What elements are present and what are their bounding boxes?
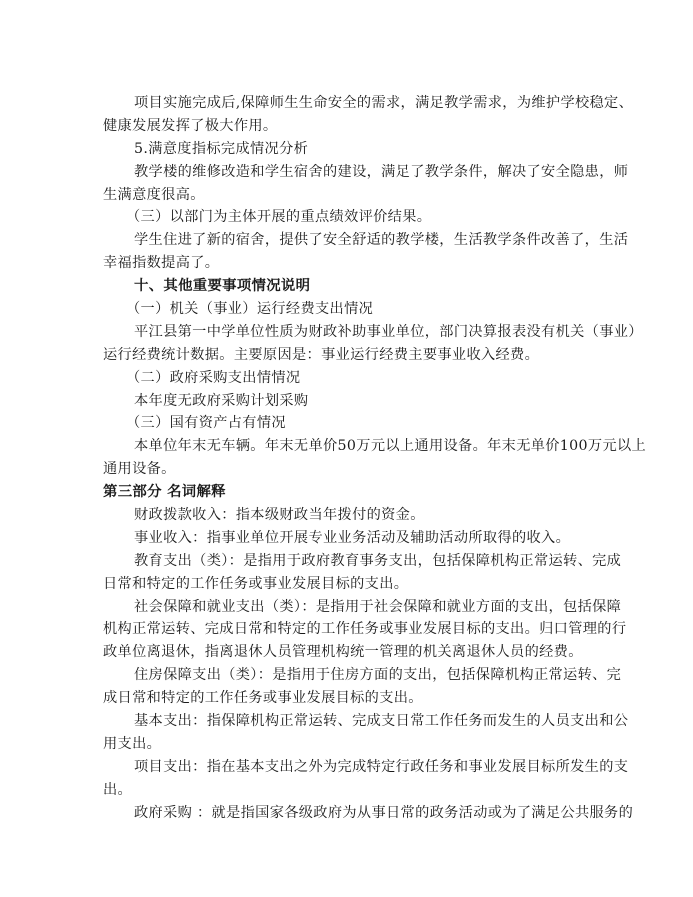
text-line: 政单位离退休，指离退休人员管理机构统一管理的机关离退休人员的经费。 <box>103 641 621 664</box>
subsection-heading: （一）机关（事业）运行经费支出情况 <box>103 298 621 321</box>
text-line: 幸福指数提高了。 <box>103 252 621 275</box>
text-line: 教学楼的维修改造和学生宿舍的建设，满足了教学条件，解决了安全隐患，师 <box>103 161 621 184</box>
text-line: 学生住进了新的宿舍，提供了安全舒适的教学楼，生活教学条件改善了，生活 <box>103 229 621 252</box>
text-line: 教育支出（类）：是指用于政府教育事务支出，包括保障机构正常运转、完成 <box>103 550 621 573</box>
text-line: 住房保障支出（类）：是指用于住房方面的支出，包括保障机构正常运转、完 <box>103 664 621 687</box>
text-line: 机构正常运转、完成日常和特定的工作任务或事业发展目标的支出。归口管理的行 <box>103 618 621 641</box>
text-line: 健康发展发挥了极大作用。 <box>103 115 621 138</box>
text-line: 运行经费统计数据。主要原因是：事业运行经费主要事业收入经费。 <box>103 344 621 367</box>
text-line: 出。 <box>103 779 621 802</box>
text-line: 事业收入：指事业单位开展专业业务活动及辅助活动所取得的收入。 <box>103 527 621 550</box>
text-line: 5.满意度指标完成情况分析 <box>103 138 621 161</box>
text-line: 项目实施完成后,保障师生生命安全的需求，满足教学需求，为维护学校稳定、 <box>103 92 621 115</box>
document-page: 项目实施完成后,保障师生生命安全的需求，满足教学需求，为维护学校稳定、 健康发展… <box>103 92 621 825</box>
subsection-heading: （三）以部门为主体开展的重点绩效评价结果。 <box>103 206 621 229</box>
text-line: 用支出。 <box>103 733 621 756</box>
section-heading: 十、其他重要事项情况说明 <box>103 275 621 298</box>
text-line: 通用设备。 <box>103 458 621 481</box>
part-heading: 第三部分 名词解释 <box>103 481 621 504</box>
text-line: 生满意度很高。 <box>103 184 621 207</box>
text-line: 本年度无政府采购计划采购 <box>103 390 621 413</box>
subsection-heading: （二）政府采购支出情情况 <box>103 367 621 390</box>
text-line: 社会保障和就业支出（类）：是指用于社会保障和就业方面的支出，包括保障 <box>103 596 621 619</box>
text-line: 财政拨款收入：指本级财政当年拨付的资金。 <box>103 504 621 527</box>
text-line: 日常和特定的工作任务或事业发展目标的支出。 <box>103 573 621 596</box>
text-line: 本单位年末无车辆。年末无单价50万元以上通用设备。年末无单价100万元以上 <box>103 435 621 458</box>
subsection-heading: （三）国有资产占有情况 <box>103 412 621 435</box>
text-line: 基本支出：指保障机构正常运转、完成支日常工作任务而发生的人员支出和公 <box>103 710 621 733</box>
text-line: 项目支出：指在基本支出之外为完成特定行政任务和事业发展目标所发生的支 <box>103 756 621 779</box>
text-line: 平江县第一中学单位性质为财政补助事业单位，部门决算报表没有机关（事业） <box>103 321 621 344</box>
text-line: 政府采购 ：就是指国家各级政府为从事日常的政务活动或为了满足公共服务的 <box>103 802 621 825</box>
text-line: 成日常和特定的工作任务或事业发展目标的支出。 <box>103 687 621 710</box>
